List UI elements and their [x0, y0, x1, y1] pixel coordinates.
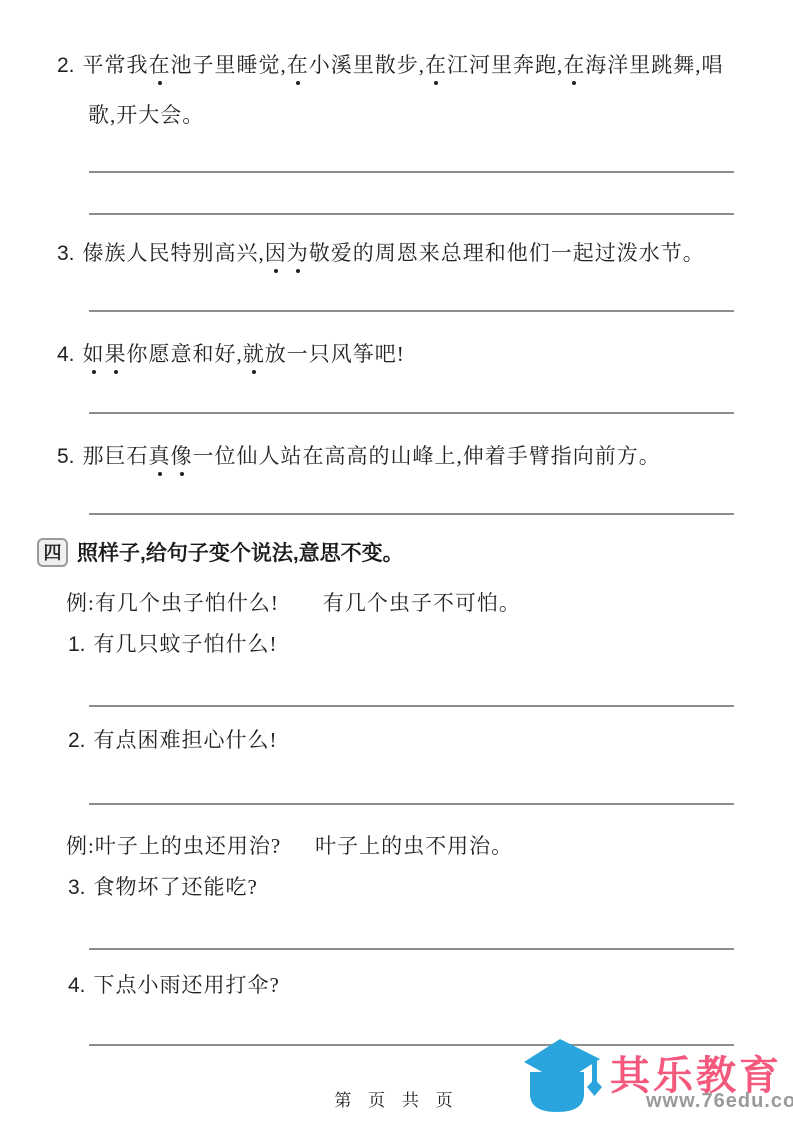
sub-question-4: 4.下点小雨还用打伞?	[68, 972, 280, 999]
section-4-title: 照样子,给句子变个说法,意思不变。	[77, 537, 404, 567]
example-2: 例:叶子上的虫还用治?叶子上的虫不用治。	[66, 833, 513, 860]
question-4: 4.如果你愿意和好,就放一只风筝吧!	[57, 341, 405, 368]
question-2-text: 平常我在池子里睡觉,在小溪里散步,在江河里奔跑,在海洋里跳舞,唱	[83, 53, 724, 77]
example-2-label: 例:	[66, 834, 95, 858]
section-4-number-box: 四	[37, 538, 68, 567]
question-2-number: 2.	[57, 54, 75, 77]
sub-question-3: 3.食物坏了还能吃?	[68, 874, 258, 901]
example-1-answer: 有几个虫子不可怕。	[323, 591, 521, 615]
answer-line-8	[89, 948, 734, 950]
sub-question-1-text: 有几只蚊子怕什么!	[94, 632, 278, 656]
sub-question-3-text: 食物坏了还能吃?	[94, 875, 258, 899]
question-5-text: 那巨石真像一位仙人站在高高的山峰上,伸着手臂指向前方。	[83, 444, 661, 468]
example-2-answer: 叶子上的虫不用治。	[315, 834, 513, 858]
example-1-question: 有几个虫子怕什么!	[95, 591, 279, 615]
answer-line-5	[89, 513, 734, 515]
sub-question-1: 1.有几只蚊子怕什么!	[68, 631, 278, 658]
publisher-logo: 其乐教育 www.76edu.com	[520, 1030, 793, 1122]
answer-line-7	[89, 803, 734, 805]
question-4-number: 4.	[57, 343, 75, 366]
sub-question-1-number: 1.	[68, 633, 86, 656]
question-3: 3.傣族人民特别高兴,因为敬爱的周恩来总理和他们一起过泼水节。	[57, 240, 705, 267]
publisher-url: www.76edu.com	[646, 1090, 793, 1113]
example-1-label: 例:	[66, 591, 95, 615]
sub-question-3-number: 3.	[68, 876, 86, 899]
answer-line-1	[89, 171, 734, 173]
question-3-text: 傣族人民特别高兴,因为敬爱的周恩来总理和他们一起过泼水节。	[83, 241, 705, 265]
answer-line-4	[89, 412, 734, 414]
graduation-cap-icon	[522, 1034, 608, 1118]
answer-line-2	[89, 213, 734, 215]
question-5: 5.那巨石真像一位仙人站在高高的山峰上,伸着手臂指向前方。	[57, 443, 661, 470]
sub-question-4-text: 下点小雨还用打伞?	[94, 973, 280, 997]
sub-question-4-number: 4.	[68, 974, 86, 997]
sub-question-2-text: 有点困难担心什么!	[94, 728, 278, 752]
sub-question-2-number: 2.	[68, 729, 86, 752]
answer-line-3	[89, 310, 734, 312]
worksheet-page: 2.平常我在池子里睡觉,在小溪里散步,在江河里奔跑,在海洋里跳舞,唱 歌,开大会…	[0, 0, 793, 1122]
example-2-question: 叶子上的虫还用治?	[95, 834, 281, 858]
question-5-number: 5.	[57, 445, 75, 468]
answer-line-6	[89, 705, 734, 707]
sub-question-2: 2.有点困难担心什么!	[68, 727, 278, 754]
question-2-text-line2: 歌,开大会。	[57, 102, 724, 129]
question-3-number: 3.	[57, 242, 75, 265]
question-4-text: 如果你愿意和好,就放一只风筝吧!	[83, 342, 405, 366]
section-4-header: 四 照样子,给句子变个说法,意思不变。	[37, 537, 404, 567]
question-2: 2.平常我在池子里睡觉,在小溪里散步,在江河里奔跑,在海洋里跳舞,唱 歌,开大会…	[57, 52, 724, 129]
example-1: 例:有几个虫子怕什么!有几个虫子不可怕。	[66, 590, 521, 617]
